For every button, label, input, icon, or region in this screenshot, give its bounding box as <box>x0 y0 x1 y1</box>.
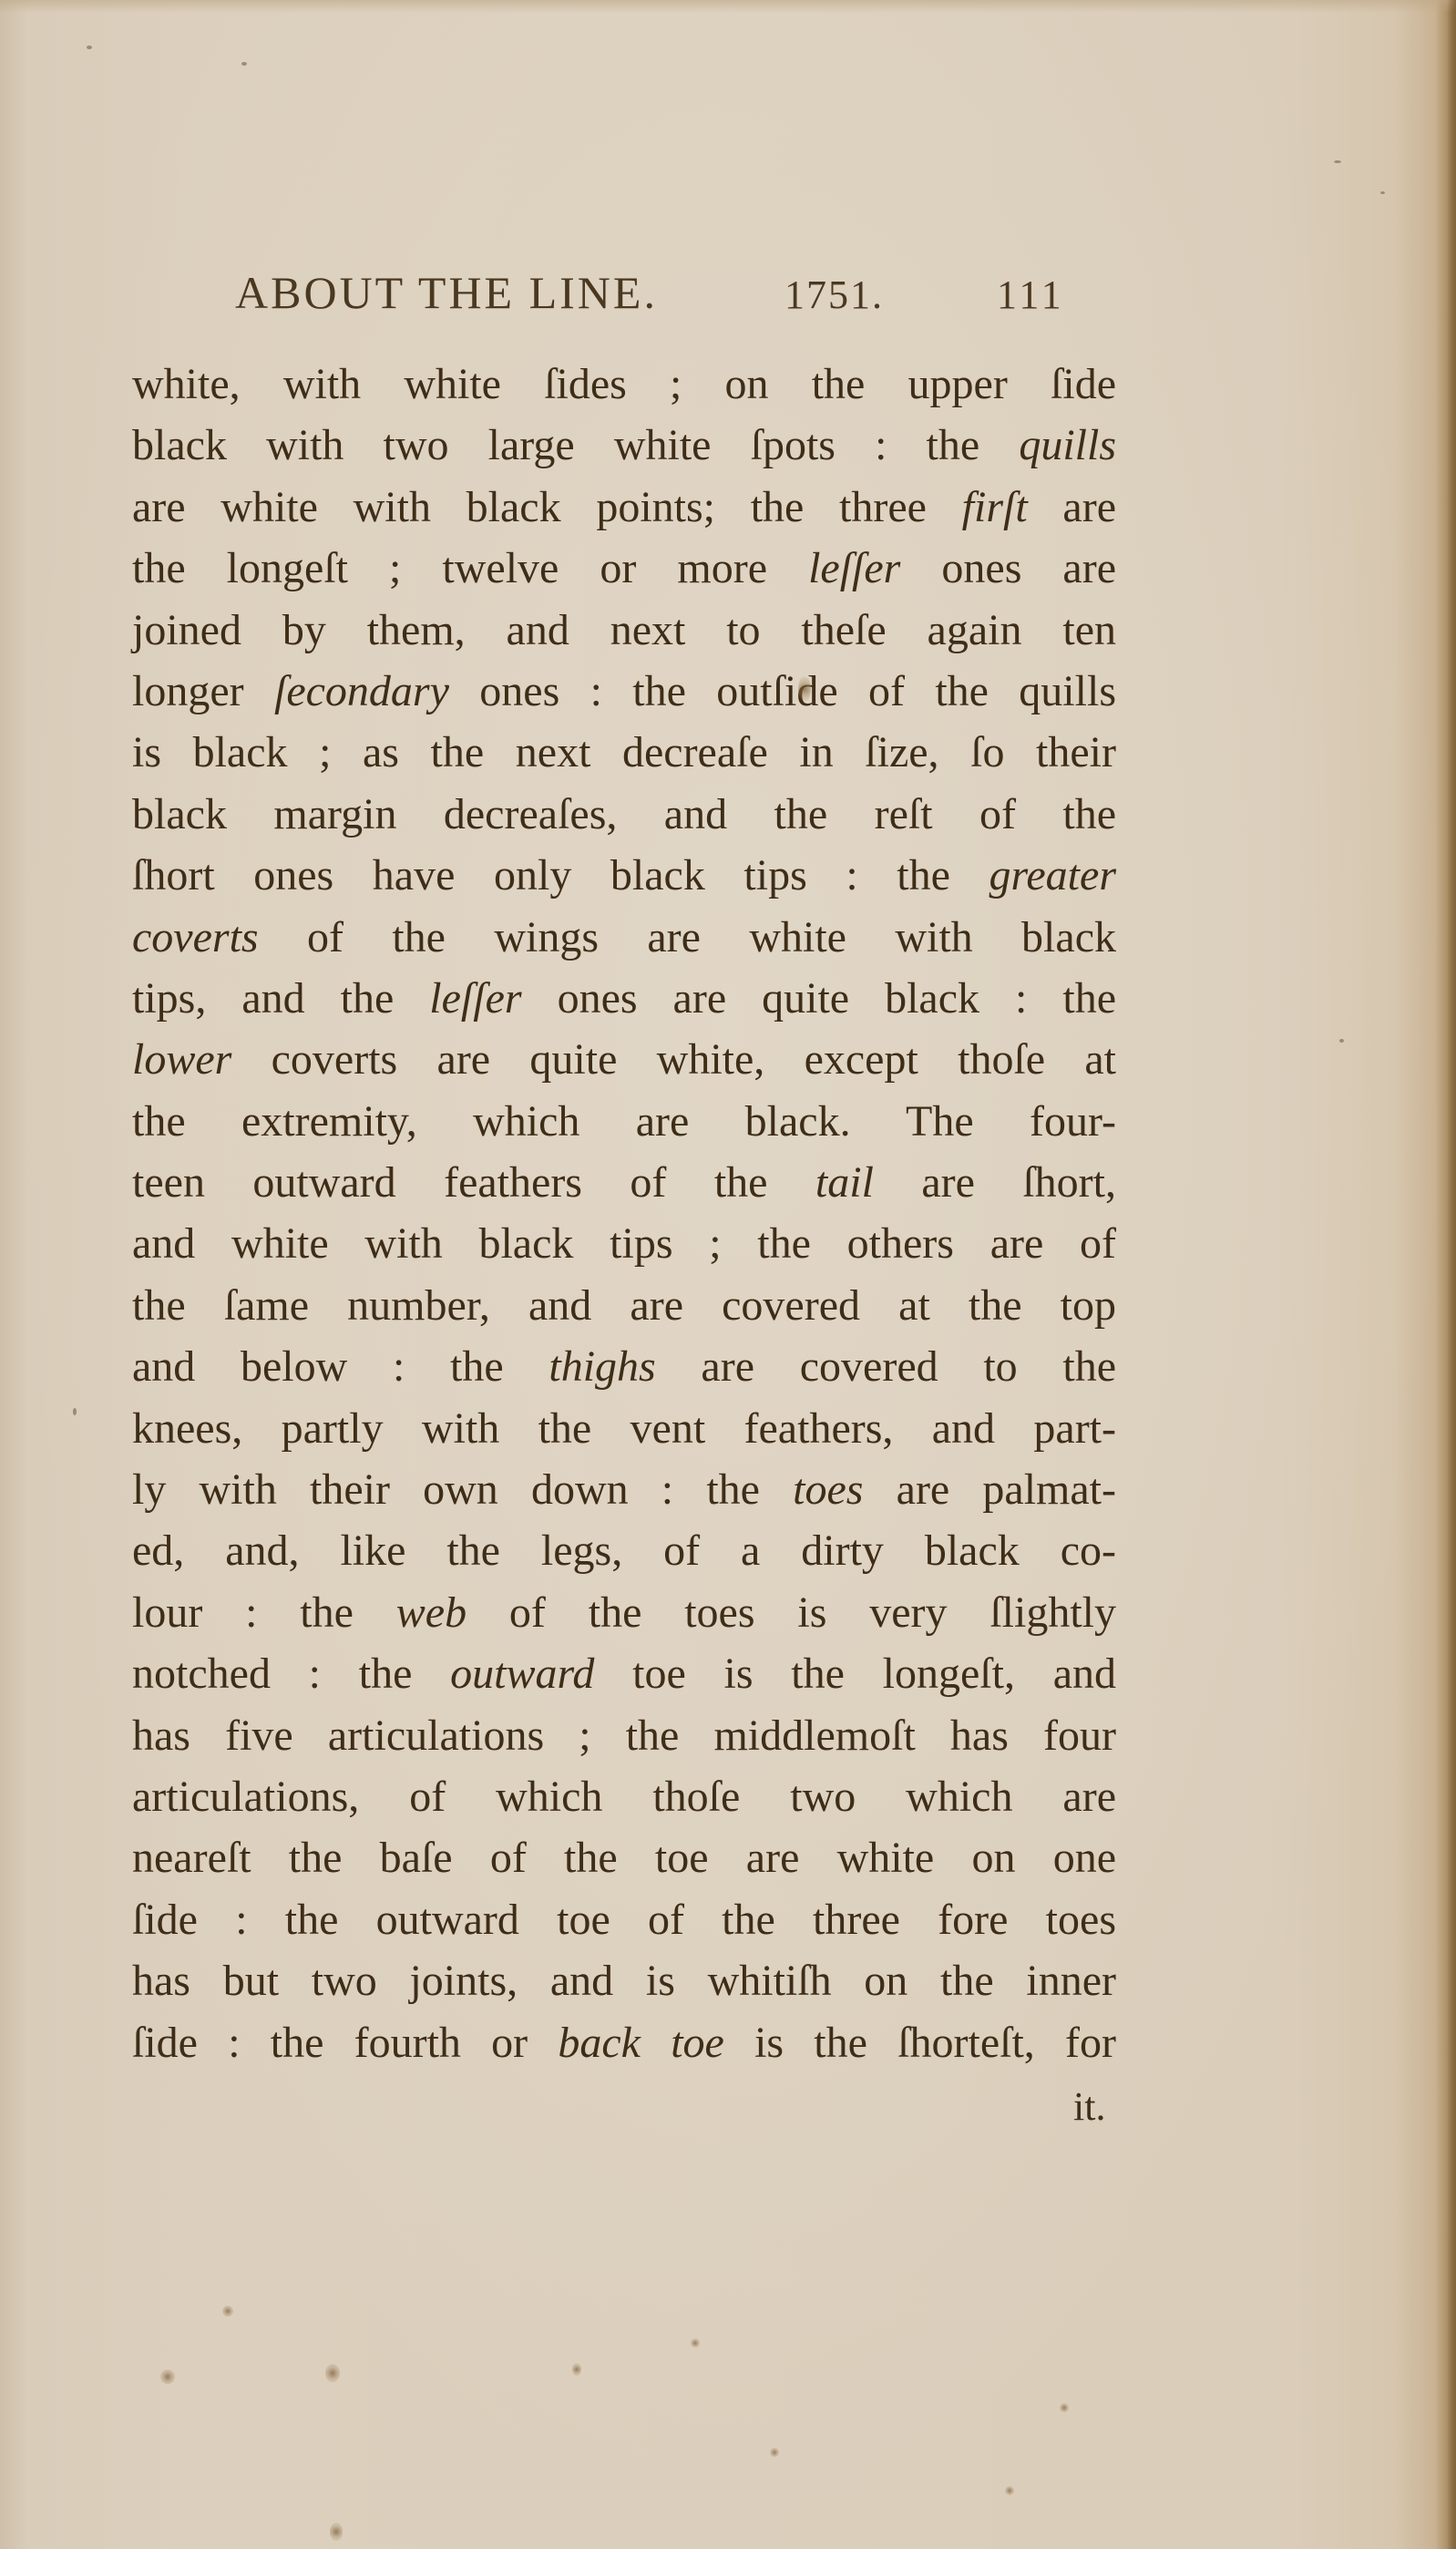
text-run: ſide : the outward toe of the three fore… <box>132 1896 1116 1944</box>
text-run: has but two joints, and is whitiſh on th… <box>132 1957 1116 2005</box>
text-run: white, with white ſides ; on the upper ſ… <box>132 360 1116 408</box>
italic-term: leſſer <box>808 544 900 592</box>
text-run: ones are <box>900 544 1116 592</box>
text-line: black margin decreaſes, and the reſt of … <box>132 784 1116 845</box>
text-run: is the ſhorteſt, for <box>724 2019 1116 2067</box>
text-run: are palmat- <box>863 1465 1116 1514</box>
foxing-spot <box>325 2364 340 2382</box>
text-run: toe is the longeſt, and <box>594 1650 1116 1698</box>
text-line: has but two joints, and is whitiſh on th… <box>132 1950 1116 2011</box>
text-line: ſhort ones have only black tips : the gr… <box>132 845 1116 906</box>
italic-term: ſecondary <box>274 667 449 715</box>
foxing-spot <box>691 2338 700 2348</box>
italic-term: lower <box>132 1035 231 1084</box>
foxing-spot <box>572 2363 581 2376</box>
text-run: and below : the <box>132 1342 549 1391</box>
text-run: joined by them, and next to theſe again … <box>132 606 1116 654</box>
paper-speck <box>1380 191 1385 194</box>
text-run: lour : the <box>132 1588 396 1637</box>
text-line: neareſt the baſe of the toe are white on… <box>132 1827 1116 1888</box>
foxing-spot <box>330 2523 343 2541</box>
text-run: black margin decreaſes, and the reſt of … <box>132 790 1116 838</box>
text-line: ed, and, like the legs, of a dirty black… <box>132 1520 1116 1581</box>
text-run: ſide : the fourth or <box>132 2019 558 2067</box>
text-run: has five articulations ; the middlemoſt … <box>132 1711 1116 1760</box>
text-run: neareſt the baſe of the toe are white on… <box>132 1834 1116 1882</box>
text-line: longer ſecondary ones : the outſide of t… <box>132 661 1116 722</box>
body-text: white, with white ſides ; on the upper ſ… <box>132 354 1116 2073</box>
text-line: is black ; as the next decreaſe in ſize,… <box>132 722 1116 783</box>
italic-term: toes <box>793 1465 863 1514</box>
text-run: ones are quite black : the <box>522 974 1116 1023</box>
foxing-spot <box>770 2448 779 2457</box>
text-line: knees, partly with the vent feathers, an… <box>132 1398 1116 1459</box>
text-line: black with two large white ſpots : the q… <box>132 415 1116 476</box>
text-run: coverts are quite white, except thoſe at <box>231 1035 1116 1084</box>
paper-speck <box>1339 1039 1344 1043</box>
italic-term: greater <box>989 851 1116 899</box>
italic-term: back toe <box>558 2019 723 2067</box>
text-line: ſide : the fourth or back toe is the ſho… <box>132 2012 1116 2073</box>
text-run: of the toes is very ſlightly <box>467 1588 1116 1637</box>
foxing-spot <box>798 676 811 702</box>
text-line: tips, and the leſſer ones are quite blac… <box>132 968 1116 1029</box>
text-run: of the wings are white with black <box>259 913 1116 961</box>
text-line: and below : the thighs are covered to th… <box>132 1336 1116 1397</box>
text-run: are <box>1028 483 1116 531</box>
text-line: the longeſt ; twelve or more leſſer ones… <box>132 538 1116 599</box>
paper-speck <box>1334 160 1341 163</box>
italic-term: tail <box>815 1158 874 1207</box>
text-run: knees, partly with the vent feathers, an… <box>132 1404 1116 1453</box>
foxing-spot <box>160 2369 175 2384</box>
text-run: longer <box>132 667 274 715</box>
text-line: coverts of the wings are white with blac… <box>132 907 1116 968</box>
running-year: 1751. <box>784 272 884 318</box>
text-line: white, with white ſides ; on the upper ſ… <box>132 354 1116 415</box>
text-run: are white with black points; the three <box>132 483 962 531</box>
catchword: it. <box>1073 2083 1105 2130</box>
book-page: ABOUT THE LINE. 1751. 111 white, with wh… <box>0 0 1456 2549</box>
text-line: lour : the web of the toes is very ſligh… <box>132 1582 1116 1643</box>
text-run: black with two large white ſpots : the <box>132 421 1019 469</box>
italic-term: web <box>396 1588 467 1637</box>
text-run: articulations, of which thoſe two which … <box>132 1773 1116 1821</box>
italic-term: leſſer <box>429 974 521 1023</box>
italic-term: thighs <box>549 1342 655 1391</box>
italic-term: coverts <box>132 913 259 961</box>
italic-term: outward <box>450 1650 594 1698</box>
text-run: is black ; as the next decreaſe in ſize,… <box>132 728 1116 776</box>
text-run: teen outward feathers of the <box>132 1158 815 1207</box>
text-line: lower coverts are quite white, except th… <box>132 1029 1116 1090</box>
text-run: ed, and, like the legs, of a dirty black… <box>132 1526 1116 1575</box>
paper-speck <box>73 1408 77 1415</box>
text-line: teen outward feathers of the tail are ſh… <box>132 1152 1116 1213</box>
running-head: ABOUT THE LINE. 1751. 111 <box>235 266 1110 321</box>
text-line: and white with black tips ; the others a… <box>132 1213 1116 1274</box>
page-top-edge <box>0 0 1456 13</box>
text-run: the extremity, which are black. The four… <box>132 1097 1116 1146</box>
text-run: and white with black tips ; the others a… <box>132 1219 1116 1268</box>
italic-term: quills <box>1019 421 1116 469</box>
text-run: are ſhort, <box>874 1158 1116 1207</box>
text-run: notched : the <box>132 1650 450 1698</box>
text-run: are covered to the <box>656 1342 1116 1391</box>
foxing-spot <box>1060 2403 1069 2412</box>
text-run: ſhort ones have only black tips : the <box>132 851 989 899</box>
text-line: notched : the outward toe is the longeſt… <box>132 1643 1116 1704</box>
page-number: 111 <box>997 272 1065 318</box>
text-run: the longeſt ; twelve or more <box>132 544 808 592</box>
text-run: ly with their own down : the <box>132 1465 793 1514</box>
paper-speck <box>241 62 247 66</box>
text-line: ſide : the outward toe of the three fore… <box>132 1889 1116 1950</box>
text-line: has five articulations ; the middlemoſt … <box>132 1705 1116 1766</box>
foxing-spot <box>222 2306 233 2317</box>
text-line: ly with their own down : the toes are pa… <box>132 1459 1116 1520</box>
italic-term: firſt <box>962 483 1028 531</box>
text-line: articulations, of which thoſe two which … <box>132 1766 1116 1827</box>
text-line: joined by them, and next to theſe again … <box>132 600 1116 661</box>
text-run: tips, and the <box>132 974 429 1023</box>
foxing-spot <box>1005 2486 1014 2495</box>
text-line: the extremity, which are black. The four… <box>132 1091 1116 1152</box>
text-run: the ſame number, and are covered at the … <box>132 1281 1116 1330</box>
text-line: the ſame number, and are covered at the … <box>132 1275 1116 1336</box>
running-title: ABOUT THE LINE. <box>235 266 658 319</box>
paper-speck <box>87 46 92 49</box>
text-run: ones : the outſide of the quills <box>449 667 1116 715</box>
page-binding-edge <box>1447 0 1456 2549</box>
text-line: are white with black points; the three f… <box>132 477 1116 538</box>
